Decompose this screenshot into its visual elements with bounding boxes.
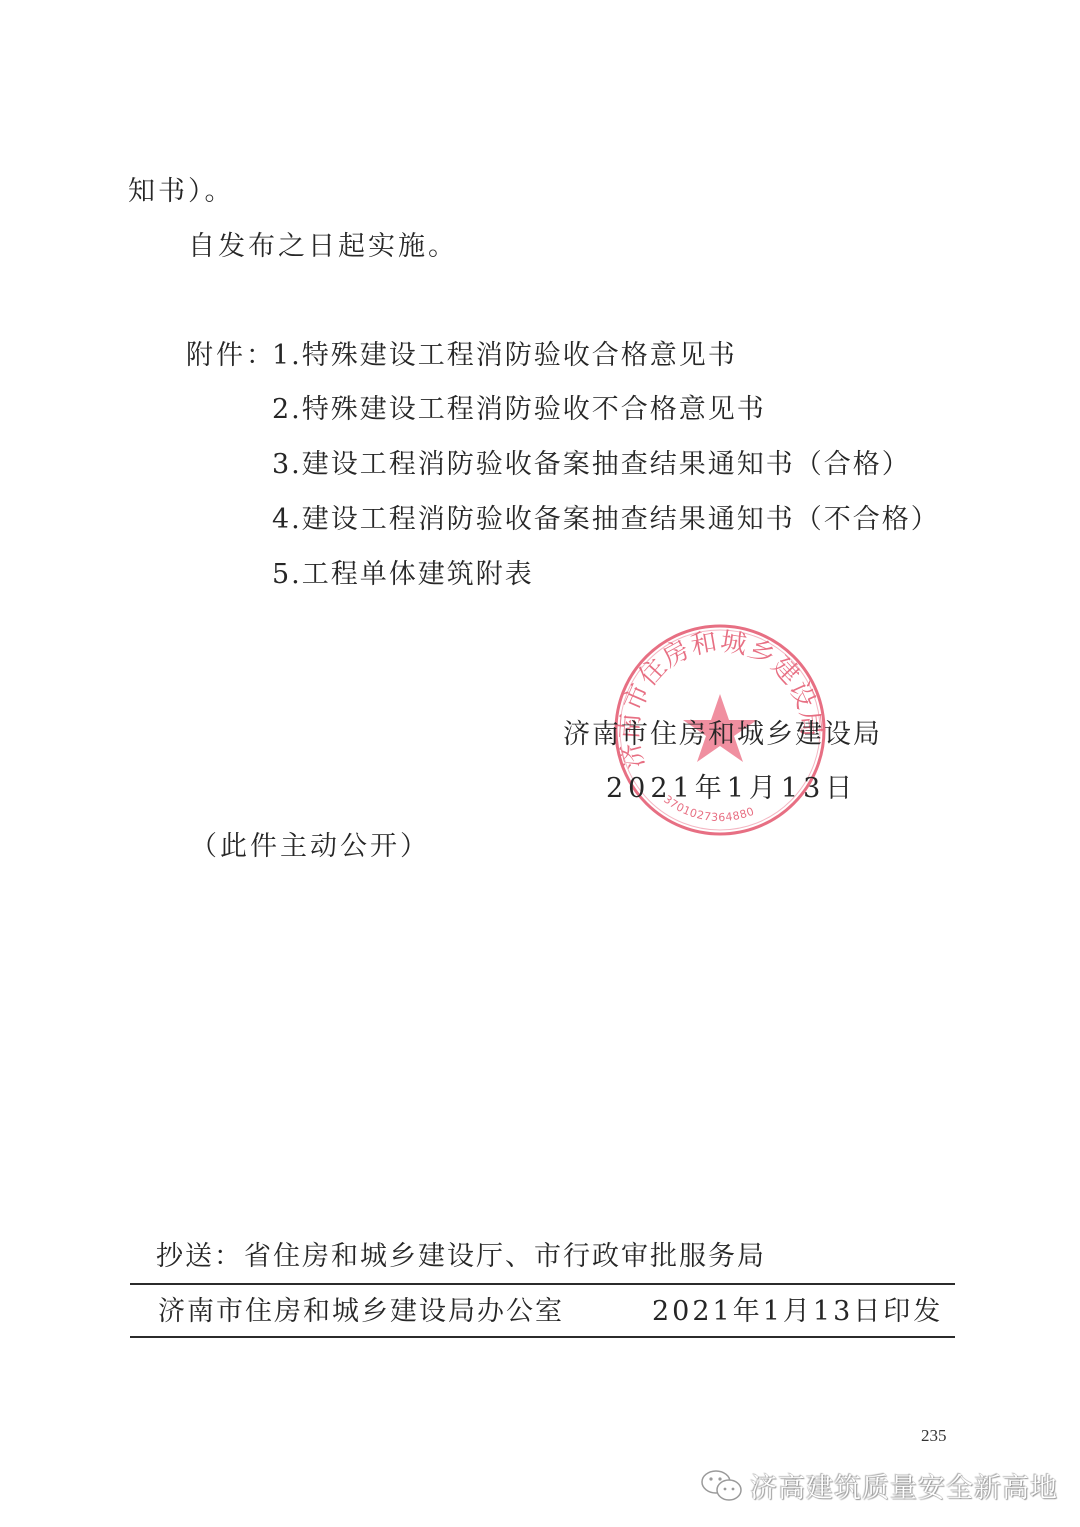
issuing-office: 济南市住房和城乡建设局办公室	[158, 1296, 564, 1328]
issuer-name: 济南市住房和城乡建设局	[563, 719, 882, 751]
attachment-item-2: 2.特殊建设工程消防验收不合格意见书	[272, 394, 766, 426]
disclosure-note: （此件主动公开）	[190, 831, 430, 863]
attachment-item-3: 3.建设工程消防验收备案抽查结果通知书（合格）	[272, 449, 911, 481]
attachment-item-4: 4.建设工程消防验收备案抽查结果通知书（不合格）	[272, 504, 940, 536]
divider-top	[130, 1283, 955, 1285]
watermark-text: 济高建筑质量安全新高地	[750, 1466, 1058, 1505]
cc-label: 抄送：	[156, 1241, 243, 1273]
continuation-text: 知书）。	[128, 176, 235, 208]
attachments-label: 附件：	[186, 340, 276, 372]
effective-statement: 自发布之日起实施。	[188, 231, 458, 263]
wechat-icon	[700, 1468, 744, 1504]
wechat-watermark: 济高建筑质量安全新高地	[700, 1466, 1058, 1505]
cc-recipients: 省住房和城乡建设厅、市行政审批服务局	[244, 1241, 766, 1273]
divider-bottom	[130, 1336, 955, 1338]
attachment-item-5: 5.工程单体建筑附表	[272, 559, 534, 591]
print-date: 2021年1月13日印发	[652, 1296, 943, 1328]
page-number: 235	[921, 1426, 947, 1446]
attachment-item-1: 1.特殊建设工程消防验收合格意见书	[272, 340, 737, 372]
issue-date: 2021年1月13日	[606, 773, 857, 805]
